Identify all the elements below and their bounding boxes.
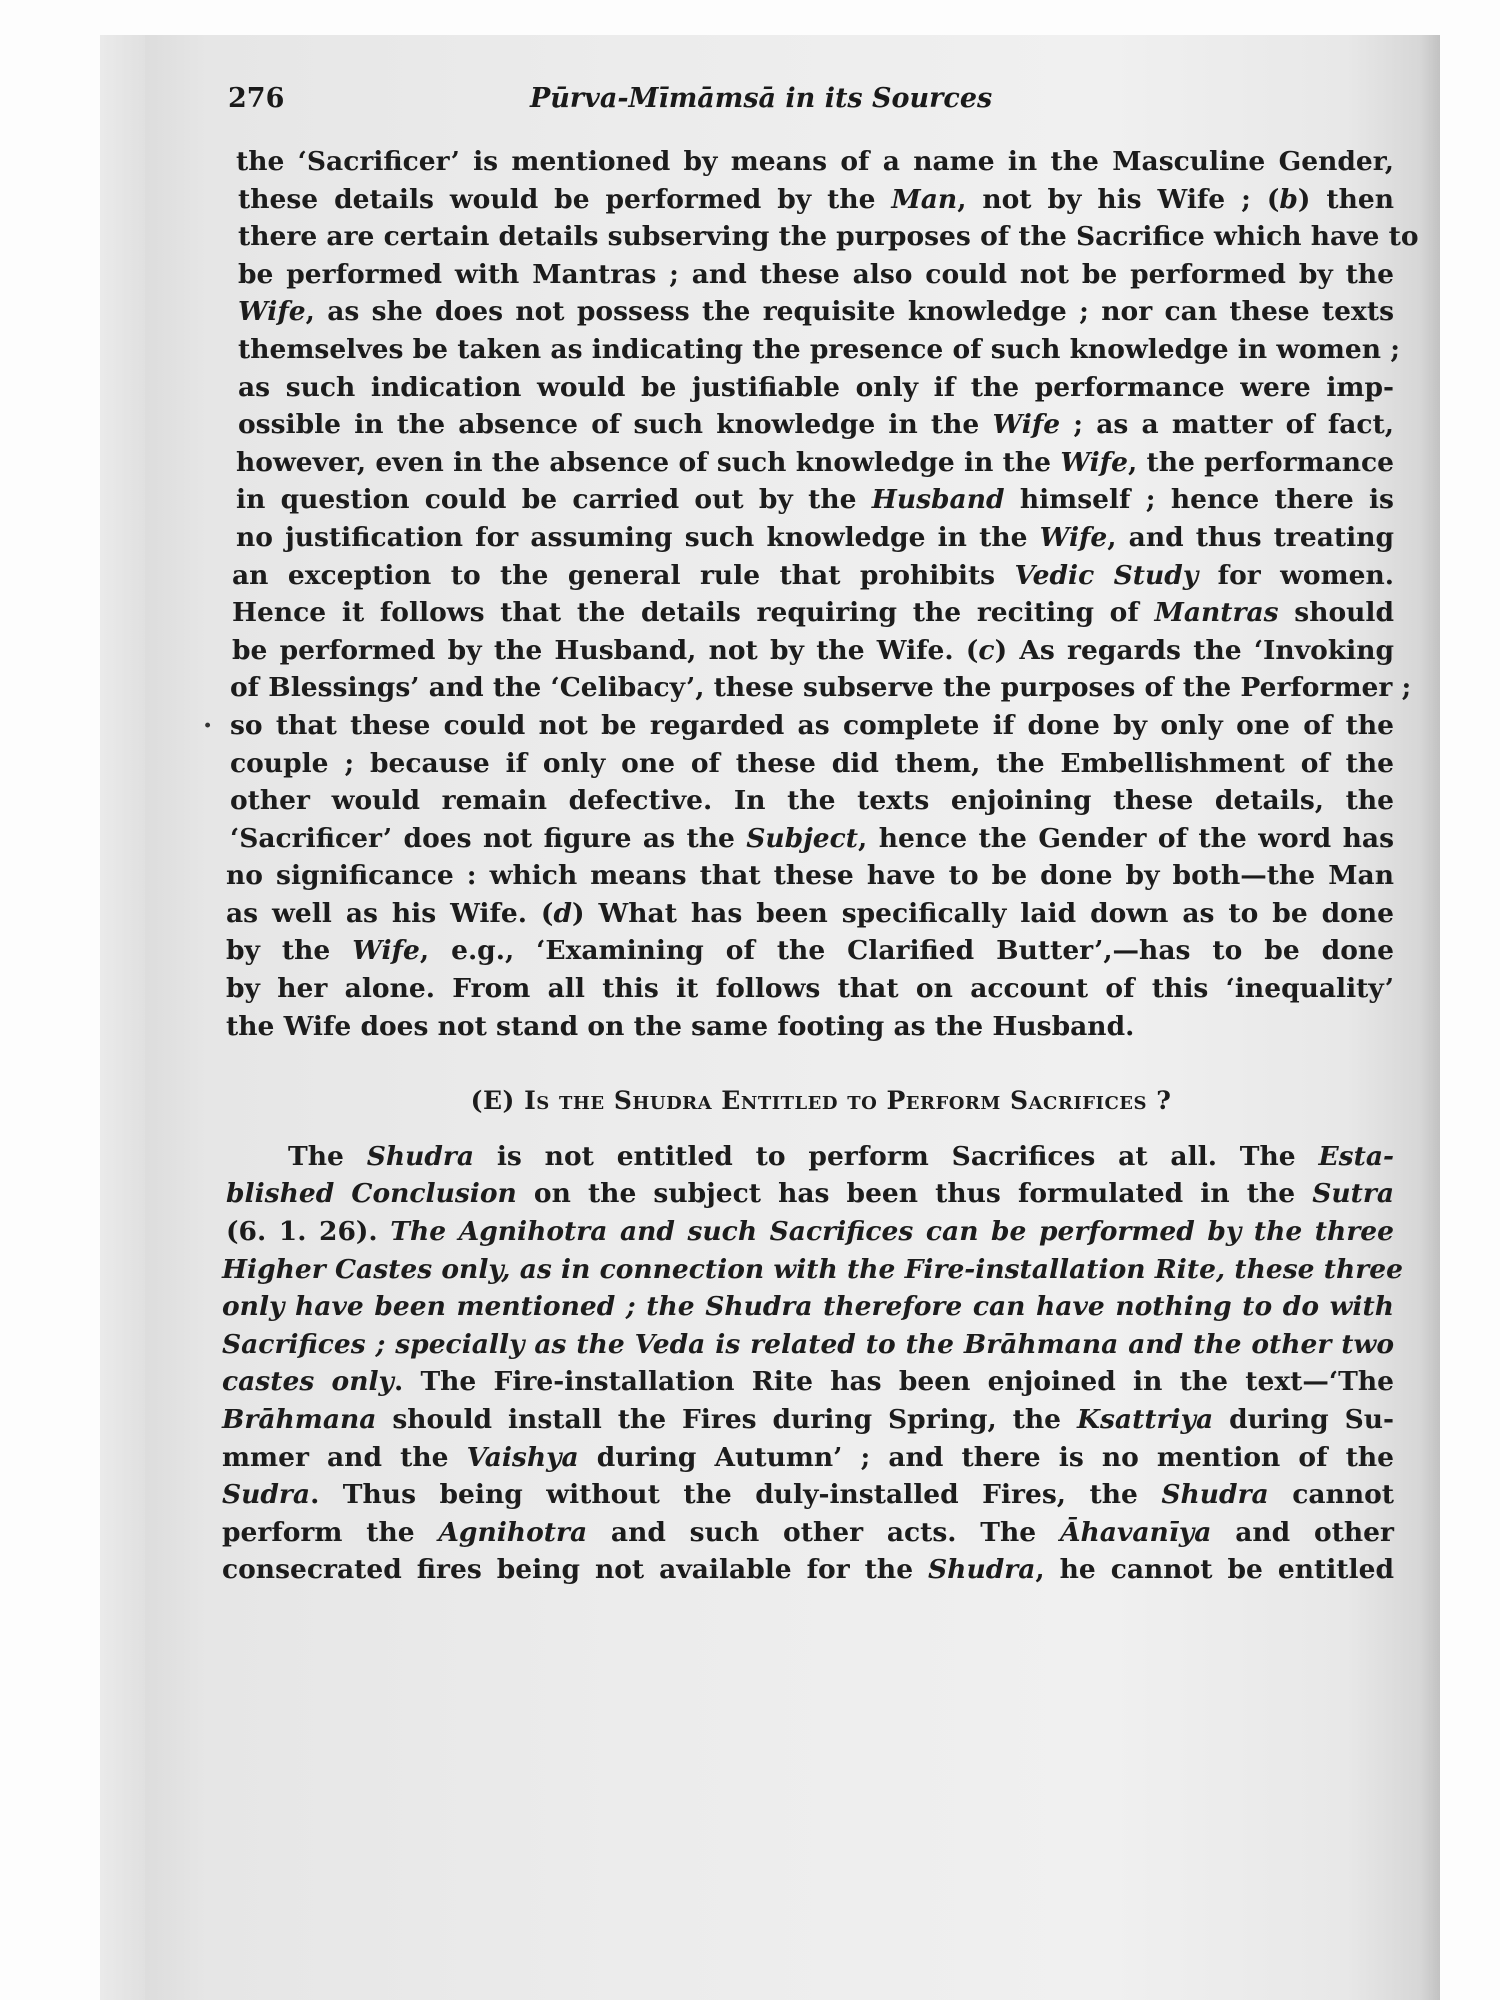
text-line: be performed with Mantras ; and these al… bbox=[238, 256, 1394, 294]
page-header: 276 Pūrva-Mīmāmsā in its Sources bbox=[228, 83, 1408, 123]
body-text: the ‘Sacrificer’ is mentioned by means o… bbox=[228, 143, 1394, 1589]
book-page: 276 Pūrva-Mīmāmsā in its Sources the ‘Sa… bbox=[100, 35, 1440, 2000]
paragraph-shudra-eligibility: The Shudra is not entitled to perform Sa… bbox=[228, 1138, 1394, 1589]
italic-term: Esta- bbox=[1318, 1141, 1394, 1172]
text-line: in question could be carried out by the … bbox=[236, 481, 1394, 519]
italic-term: Sutra bbox=[1312, 1178, 1394, 1209]
text-line: only have been mentioned ; the Shudra th… bbox=[222, 1288, 1394, 1326]
text-line: as such indication would be justifiable … bbox=[238, 369, 1394, 407]
italic-term: Shudra bbox=[367, 1141, 474, 1172]
section-heading: (E) Is the Shudra Entitled to Perform Sa… bbox=[248, 1082, 1394, 1120]
text-line: however, even in the absence of such kno… bbox=[236, 444, 1394, 482]
italic-term: Vedic Study bbox=[1015, 560, 1199, 591]
text-line: Higher Castes only, as in connection wit… bbox=[222, 1251, 1394, 1289]
italic-term: Wife bbox=[1040, 522, 1108, 553]
italic-term: Subject bbox=[746, 823, 858, 854]
text-line: Sacrifices ; specially as the Veda is re… bbox=[222, 1326, 1394, 1364]
text-line: no significance : which means that these… bbox=[226, 857, 1394, 895]
italic-term: Shudra bbox=[1161, 1479, 1268, 1510]
italic-term: Agnihotra bbox=[438, 1517, 587, 1548]
italic-term: Higher Castes only, as in connection wit… bbox=[222, 1254, 1403, 1285]
text-line: ossible in the absence of such knowledge… bbox=[238, 406, 1394, 444]
text-line: consecrated fires being not available fo… bbox=[222, 1551, 1394, 1589]
italic-term: castes only bbox=[222, 1366, 394, 1397]
text-line: castes only. The Fire-installation Rite … bbox=[222, 1363, 1394, 1401]
italic-term: The Agnihotra and such Sacrifices can be… bbox=[390, 1216, 1394, 1247]
text-line: other would remain defective. In the tex… bbox=[230, 782, 1394, 820]
text-line: there are certain details subserving the… bbox=[238, 218, 1394, 256]
text-line: an exception to the general rule that pr… bbox=[232, 557, 1394, 595]
text-line: mmer and the Vaishya during Autumn’ ; an… bbox=[222, 1439, 1394, 1477]
italic-term: Mantras bbox=[1154, 597, 1278, 628]
text-line: of Blessings’ and the ‘Celibacy’, these … bbox=[230, 669, 1394, 707]
italic-term: Man bbox=[891, 184, 957, 215]
italic-term: Sudra bbox=[222, 1479, 310, 1510]
italic-term: Brāhmana bbox=[222, 1404, 376, 1435]
italic-term: c bbox=[978, 635, 994, 666]
italic-term: Shudra bbox=[928, 1554, 1035, 1585]
text-line: as well as his Wife. (d) What has been s… bbox=[226, 895, 1394, 933]
italic-term: Ksattriya bbox=[1077, 1404, 1213, 1435]
text-line: by the Wife, e.g., ‘Examining of the Cla… bbox=[226, 932, 1394, 970]
text-line: ·so that these could not be regarded as … bbox=[230, 707, 1394, 745]
text-line: these details would be performed by the … bbox=[238, 181, 1394, 219]
text-line: Wife, as she does not possess the requis… bbox=[238, 293, 1394, 331]
text-line: Hence it follows that the details requir… bbox=[232, 594, 1394, 632]
section-label: (E) bbox=[471, 1086, 515, 1115]
text-line: The Shudra is not entitled to perform Sa… bbox=[228, 1138, 1394, 1176]
text-line: no justification for assuming such knowl… bbox=[236, 519, 1394, 557]
italic-term: Wife bbox=[992, 409, 1060, 440]
italic-term: Wife bbox=[352, 935, 420, 966]
margin-dot: · bbox=[203, 707, 212, 745]
paragraph-wife-eligibility: the ‘Sacrificer’ is mentioned by means o… bbox=[228, 143, 1394, 1045]
text-line: couple ; because if only one of these di… bbox=[230, 745, 1394, 783]
section-title: Is the Shudra Entitled to Perform Sacrif… bbox=[524, 1086, 1171, 1115]
text-line: Brāhmana should install the Fires during… bbox=[222, 1401, 1394, 1439]
italic-term: b bbox=[1279, 184, 1298, 215]
text-line: themselves be taken as indicating the pr… bbox=[238, 331, 1394, 369]
text-line: be performed by the Husband, not by the … bbox=[232, 632, 1394, 670]
text-line: the ‘Sacrificer’ is mentioned by means o… bbox=[236, 143, 1394, 181]
italic-term: Vaishya bbox=[467, 1442, 579, 1473]
text-line: Sudra. Thus being without the duly-insta… bbox=[222, 1476, 1394, 1514]
italic-term: d bbox=[553, 898, 572, 929]
italic-term: only have been mentioned ; the Shudra th… bbox=[222, 1291, 1394, 1322]
text-line: (6. 1. 26). The Agnihotra and such Sacri… bbox=[226, 1213, 1394, 1251]
running-title: Pūrva-Mīmāmsā in its Sources bbox=[530, 83, 992, 114]
italic-term: Wife bbox=[238, 296, 306, 327]
text-line: by her alone. From all this it follows t… bbox=[226, 970, 1394, 1008]
italic-term: blished Conclusion bbox=[226, 1178, 517, 1209]
text-line: ‘Sacrificer’ does not figure as the Subj… bbox=[230, 820, 1394, 858]
text-line: the Wife does not stand on the same foot… bbox=[226, 1008, 1394, 1046]
italic-term: Wife bbox=[1060, 447, 1128, 478]
italic-term: Husband bbox=[872, 484, 1005, 515]
page-number: 276 bbox=[228, 83, 284, 114]
text-line: blished Conclusion on the subject has be… bbox=[226, 1175, 1394, 1213]
text-line: perform the Agnihotra and such other act… bbox=[222, 1514, 1394, 1552]
italic-term: Sacrifices ; specially as the Veda is re… bbox=[222, 1329, 1394, 1360]
italic-term: Āhavanīya bbox=[1060, 1517, 1211, 1548]
